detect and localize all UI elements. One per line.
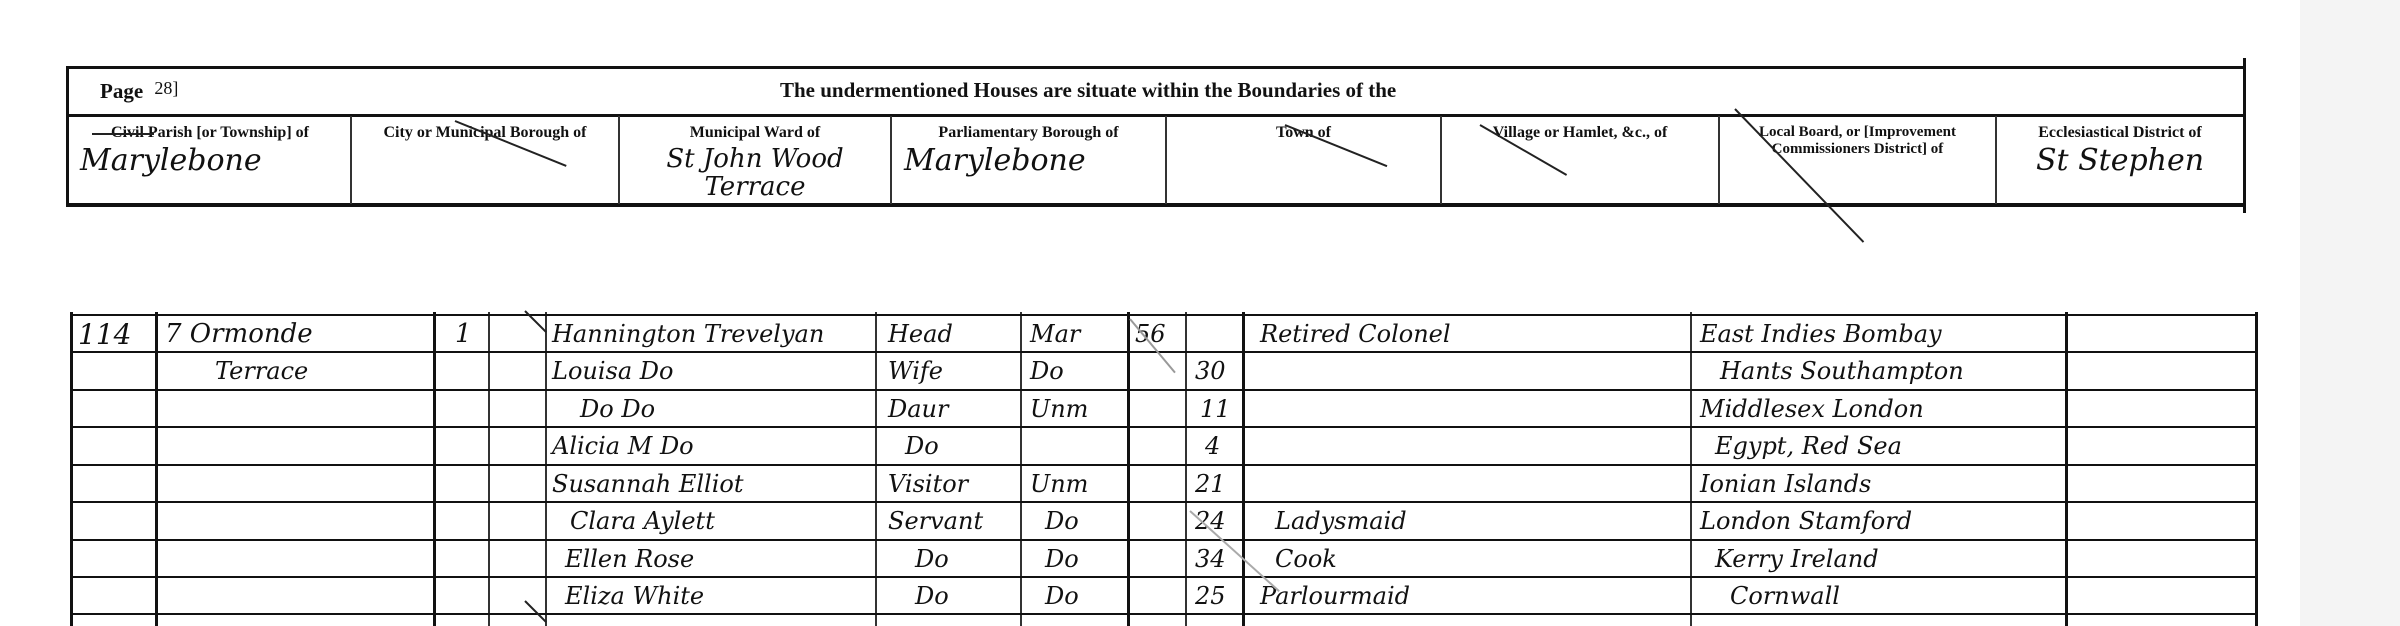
birthplace: East Indies Bombay [1700, 316, 1942, 353]
condition: Do [1045, 503, 1079, 540]
relation: Do [915, 578, 949, 615]
page-number: 28] [154, 78, 178, 98]
parliamentary-borough-value: Marylebone [892, 145, 1165, 177]
age-female: 21 [1195, 466, 1226, 503]
page-edge-margin [2300, 0, 2400, 626]
header-municipal-ward: Municipal Ward of St John Wood Terrace [620, 116, 890, 204]
person-name: Hannington Trevelyan [552, 316, 824, 353]
birthplace: Egypt, Red Sea [1715, 428, 1902, 465]
birthplace: Kerry Ireland [1715, 541, 1879, 578]
page-title: The undermentioned Houses are situate wi… [780, 78, 1396, 103]
occupation: Cook [1275, 541, 1337, 578]
occupation: Retired Colonel [1260, 316, 1451, 353]
relation: Head [888, 316, 953, 353]
person-name: Susannah Elliot [552, 466, 743, 503]
age-female: 34 [1195, 541, 1226, 578]
header-parliamentary-borough: Parliamentary Borough of Marylebone [892, 116, 1165, 204]
birthplace: Middlesex London [1700, 391, 1924, 428]
relation: Servant [888, 503, 983, 540]
address-line1: 7 Ormonde [165, 316, 313, 353]
address-line2: Terrace [215, 353, 308, 390]
header-local-board: Local Board, or [Improvement Commissione… [1720, 116, 1995, 204]
birthplace: Hants Southampton [1720, 353, 1964, 390]
occupation: Parlourmaid [1260, 578, 1410, 615]
header-village-hamlet: Village or Hamlet, &c., of [1442, 116, 1718, 204]
schedule-number: 114 [78, 316, 131, 353]
strike-mark [92, 133, 154, 135]
age-female: 4 [1205, 428, 1220, 465]
birthplace: London Stamford [1700, 503, 1912, 540]
age-male: 56 [1135, 316, 1166, 353]
relation: Wife [888, 353, 943, 390]
houses-inhabited: 1 [455, 316, 472, 353]
person-name: Ellen Rose [565, 541, 694, 578]
birthplace: Cornwall [1730, 578, 1840, 615]
header-municipal-borough: City or Municipal Borough of [352, 116, 618, 204]
condition: Do [1045, 541, 1079, 578]
relation: Do [915, 541, 949, 578]
civil-parish-value: Marylebone [70, 145, 350, 177]
relation: Do [905, 428, 939, 465]
ecclesiastical-district-value: St Stephen [1997, 145, 2243, 177]
birthplace: Ionian Islands [1700, 466, 1871, 503]
header-town: Town of [1167, 116, 1440, 204]
ink-mark [524, 600, 547, 623]
condition: Unm [1030, 466, 1088, 503]
person-name: Louisa Do [552, 353, 673, 390]
age-female: 25 [1195, 578, 1226, 615]
page-label: Page 28] [100, 78, 178, 104]
person-name: Do Do [580, 391, 655, 428]
relation: Visitor [888, 466, 968, 503]
person-name: Eliza White [565, 578, 704, 615]
person-name: Alicia M Do [552, 428, 694, 465]
person-name: Clara Aylett [570, 503, 715, 540]
age-female: 11 [1200, 391, 1231, 428]
municipal-ward-value: St John Wood Terrace [620, 145, 890, 201]
header-ecclesiastical-district: Ecclesiastical District of St Stephen [1997, 116, 2243, 204]
occupation: Ladysmaid [1275, 503, 1407, 540]
age-female: 30 [1195, 353, 1226, 390]
condition: Do [1045, 578, 1079, 615]
condition: Do [1030, 353, 1064, 390]
relation: Daur [888, 391, 948, 428]
condition: Mar [1030, 316, 1080, 353]
condition: Unm [1030, 391, 1088, 428]
header-civil-parish: Civil Parish [or Township] of Marylebone [70, 116, 350, 204]
